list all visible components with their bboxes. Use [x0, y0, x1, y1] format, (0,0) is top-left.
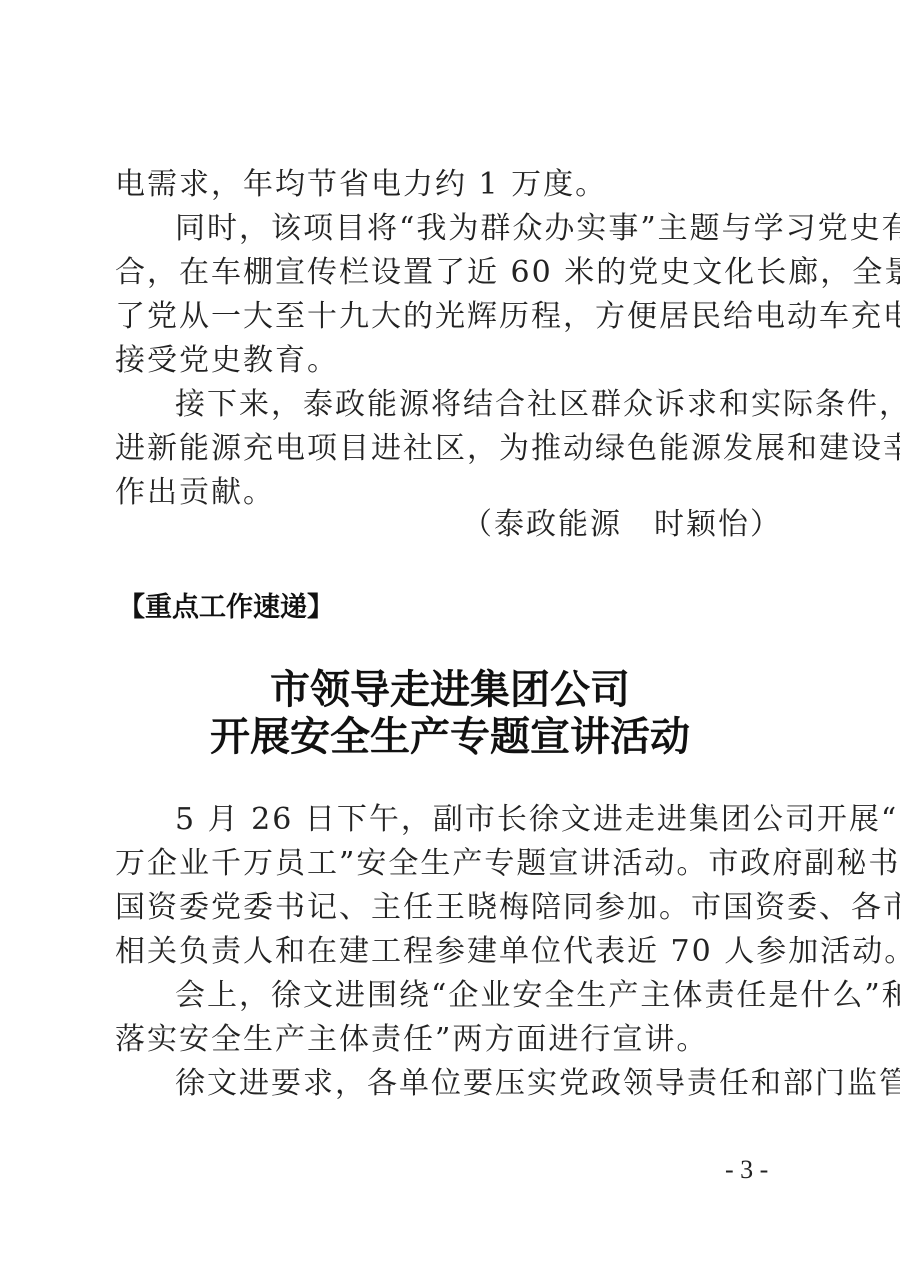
article2-title-line1: 市领导走进集团公司 [0, 665, 900, 715]
page-number: - 3 - [725, 1155, 768, 1185]
section-label: 【重点工作速递】 [118, 588, 334, 628]
paragraph-line: 接下来，泰政能源将结合社区群众诉求和实际条件，继续推 [115, 383, 790, 427]
paragraph-line: 电需求，年均节省电力约 1 万度。 [115, 163, 790, 207]
paragraph-line: 国资委党委书记、主任王晓梅陪同参加。市国资委、各市属企业 [115, 886, 790, 930]
paragraph-line: 合，在车棚宣传栏设置了近 60 米的党史文化长廊，全景式展示 [115, 251, 790, 295]
paragraph-line: 万企业千万员工”安全生产专题宣讲活动。市政府副秘书长、市 [115, 842, 790, 886]
paragraph-line: 落实安全生产主体责任”两方面进行宣讲。 [115, 1018, 790, 1062]
paragraph-line: 5 月 26 日下午，副市长徐文进走进集团公司开展“百团进百 [115, 798, 790, 842]
article1-body: 电需求，年均节省电力约 1 万度。 同时，该项目将“我为群众办实事”主题与学习党… [115, 163, 790, 515]
paragraph-line: 同时，该项目将“我为群众办实事”主题与学习党史有机结 [115, 207, 790, 251]
paragraph-line: 徐文进要求，各单位要压实党政领导责任和部门监管责任， [115, 1062, 790, 1106]
article2-title-line2: 开展安全生产专题宣讲活动 [0, 712, 900, 762]
paragraph-line: 会上，徐文进围绕“企业安全生产主体责任是什么”和“怎么 [115, 974, 790, 1018]
paragraph-line: 进新能源充电项目进社区，为推动绿色能源发展和建设幸福城市 [115, 427, 790, 471]
paragraph-line: 相关负责人和在建工程参建单位代表近 70 人参加活动。 [115, 930, 790, 974]
article1-byline: （泰政能源 时颖怡） [462, 503, 782, 547]
paragraph-line: 了党从一大至十九大的光辉历程，方便居民给电动车充电的同时 [115, 295, 790, 339]
article2-body: 5 月 26 日下午，副市长徐文进走进集团公司开展“百团进百 万企业千万员工”安… [115, 798, 790, 1106]
document-page: 电需求，年均节省电力约 1 万度。 同时，该项目将“我为群众办实事”主题与学习党… [0, 0, 900, 1273]
paragraph-line: 接受党史教育。 [115, 339, 790, 383]
